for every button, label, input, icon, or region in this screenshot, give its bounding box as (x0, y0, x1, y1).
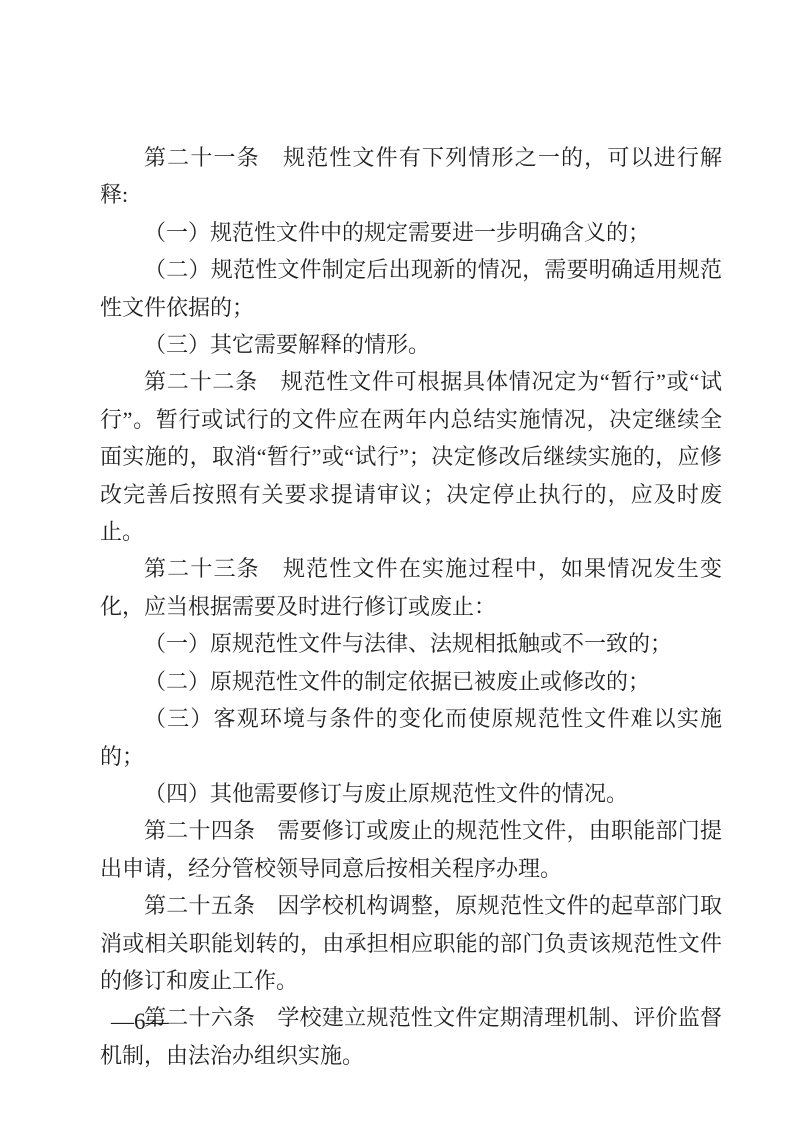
paragraph-article-22: 第二十二条 规范性文件可根据具体情况定为“暂行”或“试行”。暂行或试行的文件应在… (100, 363, 722, 550)
paragraph-article-23-item-2: （二）原规范性文件的制定依据已被废止或修改的； (100, 663, 722, 700)
document-text-block: 第二十一条 规范性文件有下列情形之一的，可以进行解释: （一）规范性文件中的规定… (100, 139, 722, 1074)
paragraph-article-26: 第二十六条 学校建立规范性文件定期清理机制、评价监督机制，由法治办组织实施。 (100, 999, 722, 1074)
paragraph-article-23-item-1: （一）原规范性文件与法律、法规相抵触或不一致的； (100, 625, 722, 662)
paragraph-article-21-item-3: （三）其它需要解释的情形。 (100, 326, 722, 363)
paragraph-article-21-item-2: （二）规范性文件制定后出现新的情况，需要明确适用规范性文件依据的； (100, 251, 722, 326)
paragraph-article-24: 第二十四条 需要修订或废止的规范性文件，由职能部门提出申请，经分管校领导同意后按… (100, 812, 722, 887)
document-page: 第二十一条 规范性文件有下列情形之一的，可以进行解释: （一）规范性文件中的规定… (0, 0, 793, 1122)
paragraph-article-25: 第二十五条 因学校机构调整，原规范性文件的起草部门取消或相关职能划转的，由承担相… (100, 887, 722, 999)
paragraph-article-23-item-4: （四）其他需要修订与废止原规范性文件的情况。 (100, 775, 722, 812)
paragraph-article-21-item-1: （一）规范性文件中的规定需要进一步明确含义的； (100, 214, 722, 251)
page-number: —6— (111, 1005, 169, 1039)
paragraph-article-23-item-3: （三）客观环境与条件的变化而使原规范性文件难以实施的； (100, 700, 722, 775)
paragraph-article-21: 第二十一条 规范性文件有下列情形之一的，可以进行解释: (100, 139, 722, 214)
paragraph-article-23: 第二十三条 规范性文件在实施过程中，如果情况发生变化，应当根据需要及时进行修订或… (100, 550, 722, 625)
